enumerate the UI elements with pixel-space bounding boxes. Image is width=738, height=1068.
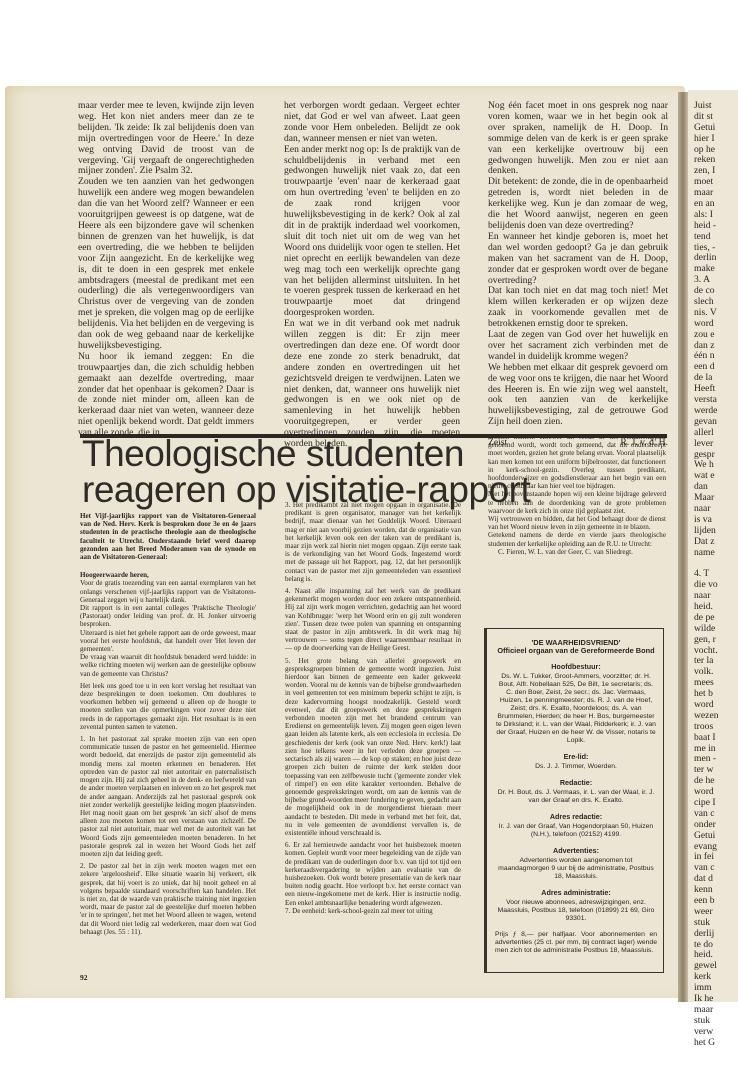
text-fragment: het G [694, 1038, 738, 1049]
signatories: C. Fieren, W. L. van der Geer, C. van Sl… [498, 548, 666, 556]
book-gutter [678, 92, 688, 1002]
top-article-column-3: Nog één facet moet in ons gesprek nog na… [488, 101, 668, 449]
paragraph: Zouden we ten aanzien van het gedwongen … [78, 177, 254, 352]
text-fragment: gen, r [694, 635, 738, 646]
headline-line-1: Theologische studenten [82, 436, 482, 472]
paragraph: Dat kan toch niet en dat mag toch niet! … [488, 286, 668, 330]
text-fragment: name [694, 548, 738, 559]
colophon-text: Voor nieuwe abonnees, adreswijzigingen, … [495, 899, 657, 923]
article-headline: Theologische studenten reageren op visit… [82, 436, 482, 508]
page-number: 92 [80, 973, 88, 982]
article-intro: Het Vijf-jaarlijks rapport van de Visita… [80, 512, 256, 561]
paragraph: 3. Het predikambt zal niet mogen opgaan … [285, 501, 461, 583]
paragraph: 7. De eenheid: kerk-school-gezin zal mee… [285, 907, 461, 915]
letter-column-3: moeten komen. Hoewel dit reeds in het vi… [488, 433, 666, 556]
text-fragment: allerl [694, 428, 738, 439]
paragraph: We hebben met elkaar dit gesprek gevoerd… [488, 363, 668, 428]
paragraph: Laat de zegen van God over het huwelijk … [488, 330, 668, 363]
paragraph: Met het bovenstaande hopen wij een klein… [488, 490, 666, 515]
paragraph: Dit betekent: de zonde, die in de openba… [488, 177, 668, 232]
paragraph: En wanneer het kindje geboren is, moet h… [488, 232, 668, 287]
text-fragment: tend [694, 232, 738, 243]
colophon-heading: Ere-lid: [495, 753, 657, 761]
text-fragment: lijden [694, 526, 738, 537]
paragraph: Dit rapport is in een aantal colleges 'P… [80, 604, 256, 629]
signed-by: Getekend namens de derde en vierde jaars… [488, 531, 666, 547]
paragraph: 6. Er zal hernieuwde aandacht voor het h… [285, 841, 461, 907]
paragraph: Wij vertrouwen en bidden, dat het God be… [488, 515, 666, 531]
paragraph: De vraag van waaruit dit hoofdstuk benad… [80, 653, 256, 678]
paragraph: Een ander merkt nog op: Is de praktijk v… [284, 145, 460, 320]
text-fragment: zou e [694, 330, 738, 341]
paragraph: 2. De pastor zal het in zijn werk moeten… [80, 862, 256, 936]
text-fragment: verw [694, 1027, 738, 1038]
paragraph: Uiteraard is niet het gehele rapport aan… [80, 629, 256, 654]
letter-column-1: Het Vijf-jaarlijks rapport van de Visita… [80, 512, 256, 936]
colophon-price: Prijs ƒ 8,— per halfjaar. Voor abonnemen… [495, 931, 657, 955]
colophon-text: Ir. J. van der Graaf, Van Hogendorplaan … [495, 823, 657, 839]
text-fragment: Getui [694, 831, 738, 842]
top-article-column-2: het verborgen wordt gedaan. Vergeet echt… [284, 101, 460, 450]
paragraph: Nu hoor ik iemand zeggen: En die trouwpa… [78, 352, 254, 439]
top-article-column-1: maar verder mee te leven, kwijnde zijn l… [78, 101, 254, 439]
colophon-heading: Hoofdbestuur: [495, 663, 657, 671]
paragraph: Voor de gratis toezending van een aantal… [80, 579, 256, 604]
text-fragment: lever [694, 439, 738, 450]
colophon-text: Advertenties worden aangenomen tot maand… [495, 857, 657, 881]
text-fragment: Dat z [694, 537, 738, 548]
colophon-heading: Advertenties: [495, 847, 657, 855]
paragraph: Het leek ons goed toe u in een kort vers… [80, 682, 256, 731]
text-fragment: derlij [694, 929, 738, 940]
text-fragment: wilde [694, 624, 738, 635]
letter-column-2: 3. Het predikambt zal niet mogen opgaan … [285, 501, 461, 915]
paragraph: moeten komen. Hoewel dit reeds in het vi… [488, 433, 666, 490]
text-fragment: hier I [694, 134, 738, 145]
colophon-heading: Adres administratie: [495, 889, 657, 897]
colophon-box: 'DE WAARHEIDSVRIEND' Officieel orgaan va… [486, 628, 664, 973]
paragraph: 4. Naast alle inspanning zal het werk va… [285, 587, 461, 653]
colophon-subtitle: Officieel orgaan van de Gereformeerde Bo… [495, 647, 657, 655]
colophon-text: Ds. W. L. Tukker, Groot-Ammers, voorzitt… [495, 673, 657, 745]
letter-salutation: Hoogeerwaarde heren, [80, 571, 256, 579]
paragraph: 5. Het grote belang van allerlei groepsw… [285, 657, 461, 837]
paragraph: Nog één facet moet in ons gesprek nog na… [488, 101, 668, 177]
paragraph: En wat we in dit verband ook met nadruk … [284, 319, 460, 450]
colophon-text: Ds. J. J. Timmer, Woerden. [495, 763, 657, 771]
colophon-heading: Redactie: [495, 779, 657, 787]
text-fragment: baat I [694, 733, 738, 744]
paragraph: maar verder mee te leven, kwijnde zijn l… [78, 101, 254, 177]
paragraph: het verborgen wordt gedaan. Vergeet echt… [284, 101, 460, 145]
colophon-text: Dr. H. Bout, ds. J. Vermaas, ir. L. van … [495, 789, 657, 805]
paragraph: 1. In het pastoraat zal sprake moeten zi… [80, 735, 256, 858]
colophon-heading: Adres redactie: [495, 813, 657, 821]
right-page-text-fragments: Juistdit stGetuihier Iop herekenzen, Imo… [694, 101, 738, 1048]
